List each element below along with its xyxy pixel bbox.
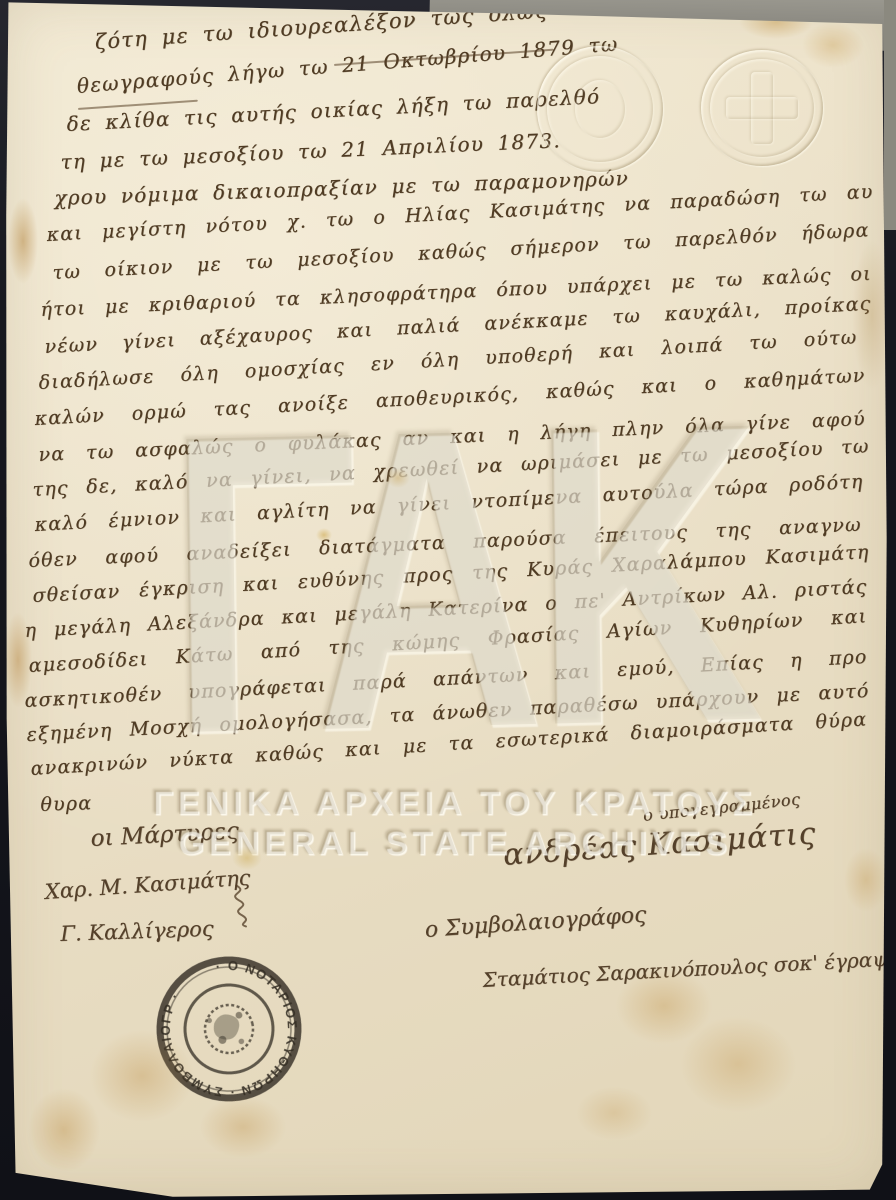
stain	[576, 1086, 652, 1140]
stamp-speckle	[238, 1038, 245, 1045]
seal-cross-horizontal	[726, 97, 798, 119]
notary-signature: Σταμάτιος Σαρακινόπουλος σοκ' έγραψε.	[482, 946, 896, 992]
signature-flourish	[222, 882, 270, 931]
stamp-speckle	[206, 1017, 212, 1023]
handwriting-line: τη με τω μεσοξίου τω 21 Απριλίου 1873.	[60, 128, 561, 174]
witness-signature-1: Χαρ. Μ. Κασιμάτης	[44, 866, 251, 904]
embossed-seal-left	[537, 46, 663, 172]
scanned-document-photo: ΓΑΚ ΓΕΝΙΚΑ ΑΡΧΕΙΑ ΤΟΥ ΚΡΑΤΟΥΣ GENERAL ST…	[0, 0, 896, 1200]
handwriting-line: θυρα	[40, 792, 93, 816]
notary-ink-stamp: · Ο ΝΟΤΑΡΙΟΣ ΚΥΘΗΡΩΝ · ΣΥΜΒΟΛΑΙΟΓΡ ·	[138, 938, 320, 1120]
stain	[802, 22, 864, 68]
embossed-seal-right	[701, 50, 823, 166]
stain	[28, 1088, 100, 1172]
background-mat-right	[884, 0, 896, 230]
manuscript-page: ΓΑΚ ΓΕΝΙΚΑ ΑΡΧΕΙΑ ΤΟΥ ΚΡΑΤΟΥΣ GENERAL ST…	[4, 0, 892, 1198]
stain	[680, 1016, 796, 1112]
stain	[8, 198, 38, 284]
notary-label: ο Συμβολαιογράφος	[424, 903, 647, 943]
watermark-text-greek: ΓΕΝΙΚΑ ΑΡΧΕΙΑ ΤΟΥ ΚΡΑΤΟΥΣ	[144, 784, 764, 823]
seal-center-emblem	[575, 80, 625, 138]
watermark-text-english: GENERAL STATE ARCHIVES	[144, 824, 764, 863]
witness-signature-2: Γ. Καλλίγερος	[60, 917, 214, 946]
stain	[844, 848, 888, 912]
